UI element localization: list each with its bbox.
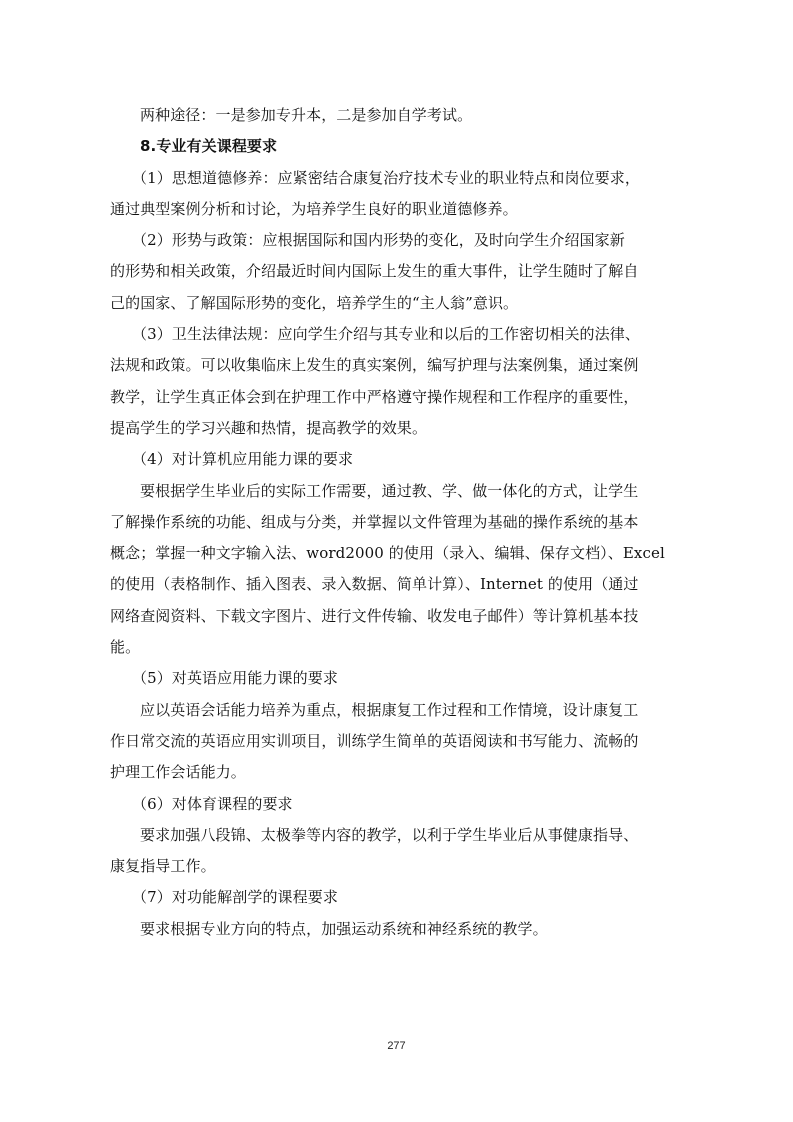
- paragraph-line: （3）卫生法律法规：应向学生介绍与其专业和以后的工作密切相关的法律、: [110, 319, 672, 350]
- paragraph-line: 概念；掌握一种文字输入法、word2000 的使用（录入、编辑、保存文档）、Ex…: [110, 538, 672, 569]
- paragraph-english: 应以英语会话能力培养为重点，根据康复工作过程和工作情境，设计康复工 作日常交流的…: [110, 695, 672, 789]
- subheading-pe: （6）对体育课程的要求: [110, 789, 672, 820]
- paragraph-line: （2）形势与政策：应根据国际和国内形势的变化，及时向学生介绍国家新: [110, 225, 672, 256]
- intro-line: 两种途径：一是参加专升本，二是参加自学考试。: [110, 100, 672, 131]
- paragraph-health-law: （3）卫生法律法规：应向学生介绍与其专业和以后的工作密切相关的法律、 法规和政策…: [110, 319, 672, 444]
- paragraph-line: 能。: [110, 632, 672, 663]
- paragraph-line: 要求根据专业方向的特点，加强运动系统和神经系统的教学。: [110, 914, 672, 945]
- paragraph-line: 己的国家、了解国际形势的变化，培养学生的“主人翁”意识。: [110, 288, 672, 319]
- paragraph-line: 护理工作会话能力。: [110, 757, 672, 788]
- paragraph-computer: 要根据学生毕业后的实际工作需要，通过教、学、做一体化的方式，让学生 了解操作系统…: [110, 476, 672, 664]
- paragraph-line: 应以英语会话能力培养为重点，根据康复工作过程和工作情境，设计康复工: [110, 695, 672, 726]
- paragraph-line: 通过典型案例分析和讨论，为培养学生良好的职业道德修养。: [110, 194, 672, 225]
- paragraph-policy: （2）形势与政策：应根据国际和国内形势的变化，及时向学生介绍国家新 的形势和相关…: [110, 225, 672, 319]
- subheading-computer: （4）对计算机应用能力课的要求: [110, 444, 672, 475]
- page-number: 277: [0, 1040, 793, 1052]
- paragraph-anatomy: 要求根据专业方向的特点，加强运动系统和神经系统的教学。: [110, 914, 672, 945]
- paragraph-line: 康复指导工作。: [110, 851, 672, 882]
- paragraph-line: 法规和政策。可以收集临床上发生的真实案例，编写护理与法案例集，通过案例: [110, 350, 672, 381]
- paragraph-line: 作日常交流的英语应用实训项目，训练学生简单的英语阅读和书写能力、流畅的: [110, 726, 672, 757]
- paragraph-line: 的使用（表格制作、插入图表、录入数据、简单计算）、Internet 的使用（通过: [110, 569, 672, 600]
- document-page: 两种途径：一是参加专升本，二是参加自学考试。 8.专业有关课程要求 （1）思想道…: [110, 100, 672, 945]
- paragraph-line: 了解操作系统的功能、组成与分类，并掌握以文件管理为基础的操作系统的基本: [110, 507, 672, 538]
- paragraph-line: 的形势和相关政策，介绍最近时间内国际上发生的重大事件，让学生随时了解自: [110, 256, 672, 287]
- paragraph-line: 提高学生的学习兴趣和热情，提高教学的效果。: [110, 413, 672, 444]
- subheading-anatomy: （7）对功能解剖学的课程要求: [110, 882, 672, 913]
- paragraph-line: 要根据学生毕业后的实际工作需要，通过教、学、做一体化的方式，让学生: [110, 476, 672, 507]
- subheading-english: （5）对英语应用能力课的要求: [110, 663, 672, 694]
- section-heading: 8.专业有关课程要求: [110, 131, 672, 162]
- paragraph-line: （1）思想道德修养：应紧密结合康复治疗技术专业的职业特点和岗位要求，: [110, 163, 672, 194]
- paragraph-line: 要求加强八段锦、太极拳等内容的教学，以利于学生毕业后从事健康指导、: [110, 820, 672, 851]
- paragraph-line: 教学，让学生真正体会到在护理工作中严格遵守操作规程和工作程序的重要性，: [110, 382, 672, 413]
- paragraph-pe: 要求加强八段锦、太极拳等内容的教学，以利于学生毕业后从事健康指导、 康复指导工作…: [110, 820, 672, 883]
- paragraph-line: 网络查阅资料、下载文字图片、进行文件传输、收发电子邮件）等计算机基本技: [110, 601, 672, 632]
- paragraph-ideology: （1）思想道德修养：应紧密结合康复治疗技术专业的职业特点和岗位要求， 通过典型案…: [110, 163, 672, 226]
